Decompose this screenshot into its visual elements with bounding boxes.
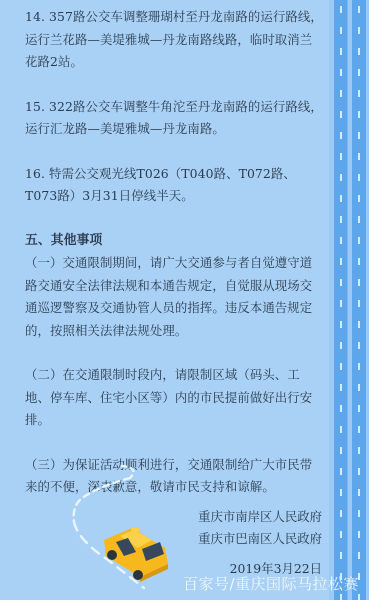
road-decoration (329, 0, 369, 600)
notice-item-14: 14. 357路公交车调整珊瑚村至丹龙南路的运行路线，运行兰花路—美堤雅城—丹龙… (25, 6, 323, 74)
section-title: 五、其他事项 (25, 230, 323, 253)
signature-block: 重庆市南岸区人民政府 重庆市巴南区人民政府 2019年3月22日 (198, 506, 322, 580)
notice-item-16: 16. 特需公交观光线T026（T040路、T072路、T073路）3月31日停… (25, 163, 323, 208)
road-lane-left (334, 0, 348, 600)
taxi-illustration (60, 460, 190, 600)
signature-nanan: 重庆市南岸区人民政府 (198, 506, 322, 528)
taxi-car-icon (104, 528, 168, 582)
signature-banan: 重庆市巴南区人民政府 (198, 528, 322, 550)
notice-item-15: 15. 322路公交车调整牛角沱至丹龙南路的运行路线，运行汇龙路—美堤雅城—丹龙… (25, 96, 323, 141)
section-paragraph-1: （一）交通限制期间，请广大交通参与者自觉遵守道路交通安全法律法规和本通告规定，自… (25, 252, 323, 342)
section-paragraph-2: （二）在交通限制时段内，请限制区域（码头、工地、停车库、住宅小区等）内的市民提前… (25, 364, 323, 432)
road-lane-right (352, 0, 366, 600)
watermark: 百家号/重庆国际马拉松赛 (183, 573, 359, 594)
notice-content: 14. 357路公交车调整珊瑚村至丹龙南路的运行路线，运行兰花路—美堤雅城—丹龙… (25, 6, 323, 499)
